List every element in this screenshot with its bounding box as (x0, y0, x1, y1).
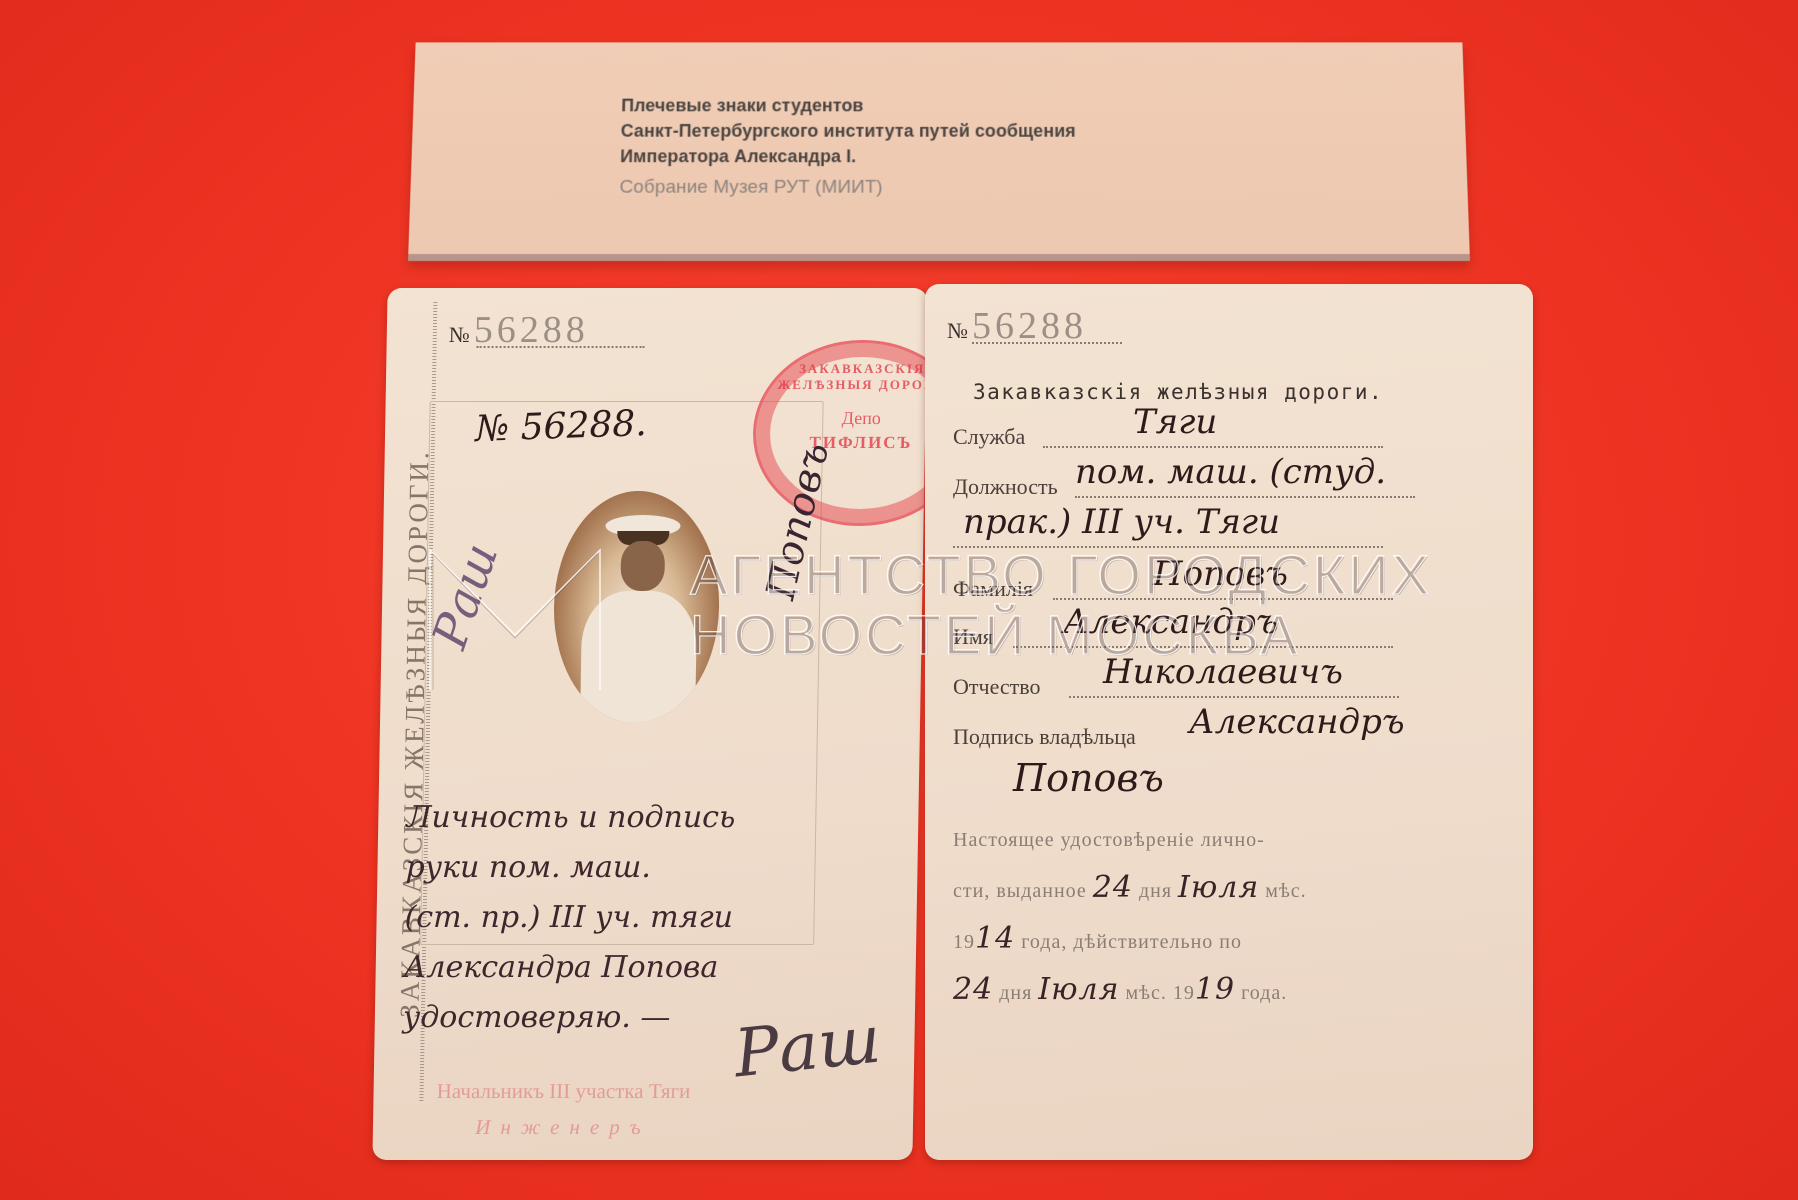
cert-text: года. (1241, 982, 1287, 1004)
number-symbol: № (947, 318, 968, 343)
field-value: Тяги (1133, 402, 1217, 442)
number-dotted-line (972, 342, 1122, 344)
placard-title-line-1: Плечевые знаки студентов (621, 93, 1076, 118)
faded-official-stamp: Начальникъ III участка Тяги Инженеръ (353, 1073, 774, 1145)
cert-text: года, дѣйствительно по (1021, 931, 1242, 953)
valid-month: Іюля (1038, 972, 1119, 1007)
field-label: Должность (953, 474, 1058, 500)
watermark-line-1: АГЕНТСТВО ГОРОДСКИХ (690, 545, 1432, 605)
field-position: Должность пом. маш. (студ. (953, 474, 1058, 500)
cert-line-4: 24 дня Іюля мѣс. 1919 года. (953, 966, 1423, 1017)
attestation-line-5: удостоверяю. — (402, 993, 732, 1043)
cert-text: мѣс. 19 (1126, 982, 1195, 1004)
field-owner-signature: Подпись владѣльца Александръ (953, 724, 1136, 750)
cert-text: дня (1139, 880, 1172, 902)
issued-month: Іюля (1178, 870, 1259, 905)
number-dotted-line (477, 346, 645, 348)
cert-text: мѣс. (1265, 880, 1306, 902)
cert-line-1: Настоящее удостовѣреніе лично- (953, 816, 1423, 864)
dotted-line (1075, 496, 1415, 498)
handwritten-number: № 56288. (475, 403, 647, 450)
placard-title-line-3: Императора Александра I. (620, 144, 1076, 170)
attestation-line-2: руки пом. маш. (405, 843, 735, 893)
valid-year: 19 (1195, 972, 1235, 1007)
agency-watermark: АГЕНТСТВО ГОРОДСКИХ НОВОСТЕЙ МОСКВА (690, 545, 1432, 665)
dotted-line (1043, 446, 1383, 448)
certificate-validity-text: Настоящее удостовѣреніе лично- сти, выда… (953, 816, 1423, 1017)
right-printed-number-value: 56288 (972, 305, 1087, 347)
cert-text: 19 (953, 931, 975, 953)
issued-day: 24 (1093, 870, 1133, 905)
handwritten-attestation: Личность и подпись руки пом. маш. (ст. п… (402, 793, 735, 1043)
issued-year: 14 (975, 921, 1015, 956)
field-patronymic: Отчество Николаевичъ (953, 674, 1041, 700)
attestation-line-4: Александра Попова (403, 943, 733, 993)
official-signature: Раш (731, 1001, 883, 1093)
printed-number-value: 56288 (474, 309, 590, 351)
field-value: Александръ (1189, 702, 1405, 742)
dotted-line (1069, 696, 1399, 698)
watermark-line-2: НОВОСТЕЙ МОСКВА (690, 605, 1432, 665)
field-label: Отчество (953, 674, 1041, 700)
agency-logo-icon (425, 540, 605, 695)
field-service: Служба Тяги (953, 424, 1025, 450)
cert-line-2: сти, выданное 24 дня Іюля мѣс. (953, 864, 1423, 915)
field-value: пом. маш. (студ. (1075, 452, 1386, 492)
number-symbol: № (449, 322, 470, 347)
placard-text: Плечевые знаки студентов Санкт-Петербург… (619, 93, 1076, 201)
id-left-page: ЗАКАВКАЗСКІЯ ЖЕЛѢЗНЫЯ ДОРОГИ. № 56288 № … (372, 288, 927, 1160)
field-value: Поповъ (1013, 756, 1164, 800)
field-label: Подпись владѣльца (953, 724, 1136, 750)
face (620, 541, 665, 591)
railway-title: Закавказскія желѣзныя дороги. (973, 380, 1383, 404)
official-stamp-line-2: Инженеръ (353, 1109, 774, 1145)
right-printed-number: № 56288 (947, 304, 1087, 348)
placard-collection: Собрание Музея РУТ (МИИТ) (619, 175, 1076, 201)
cert-text: дня (999, 982, 1032, 1004)
cert-text: сти, выданное (953, 880, 1087, 902)
attestation-line-1: Личность и подпись (406, 793, 736, 843)
valid-day: 24 (953, 972, 993, 1007)
field-label: Служба (953, 424, 1025, 450)
official-stamp-line-1: Начальникъ III участка Тяги (353, 1073, 774, 1109)
printed-number: № 56288 (448, 308, 589, 352)
cert-line-3: 1914 года, дѣйствительно по (953, 915, 1423, 966)
museum-placard: Плечевые знаки студентов Санкт-Петербург… (408, 42, 1470, 261)
attestation-line-3: (ст. пр.) III уч. тяги (404, 893, 734, 943)
id-right-page: № 56288 Закавказскія желѣзныя дороги. Сл… (925, 284, 1533, 1160)
field-value: прак.) III уч. Тяги (963, 502, 1280, 542)
placard-title-line-2: Санкт-Петербургского института путей соо… (620, 118, 1075, 143)
